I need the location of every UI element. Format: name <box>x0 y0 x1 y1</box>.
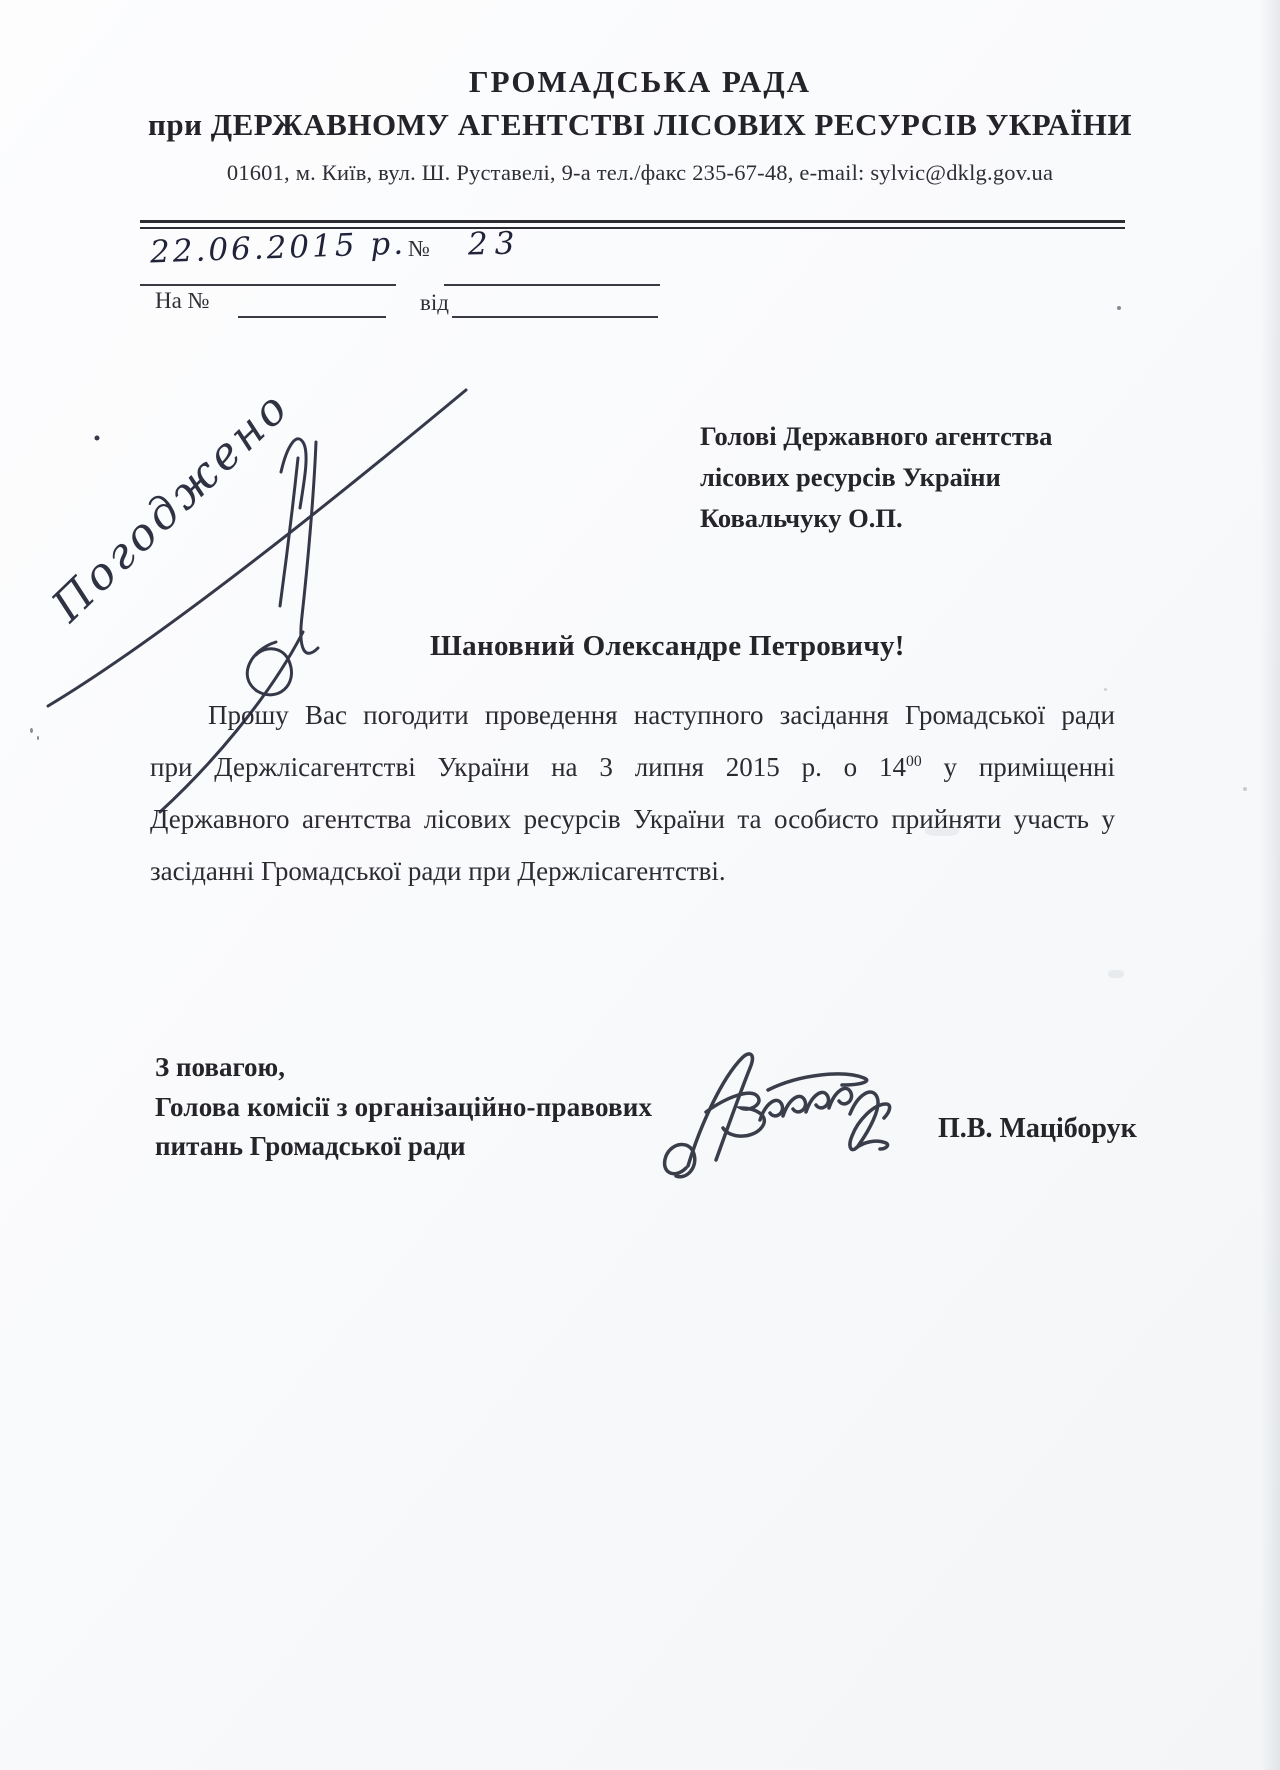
signer-name: П.В. Маціборук <box>938 1113 1137 1145</box>
reply-number-underline <box>238 316 386 318</box>
time-superscript: 00 <box>906 753 922 770</box>
salutation: Шановний Олександре Петровичу! <box>430 630 905 663</box>
org-subtitle: при ДЕРЖАВНОМУ АГЕНТСТВІ ЛІСОВИХ РЕСУРСІ… <box>0 107 1280 143</box>
handwritten-approval-note: Погоджено <box>42 380 300 631</box>
addressee-line: Ковальчуку О.П. <box>700 498 1052 539</box>
body-line-2: при Держлісагентстві України на 3 липня … <box>150 741 1115 793</box>
header-divider <box>140 220 1125 229</box>
reply-number-label: На № <box>155 288 210 314</box>
handwritten-date: 22.06.2015 р. <box>149 226 406 271</box>
org-title: ГРОМАДСЬКА РАДА <box>0 64 1280 100</box>
org-contact-line: 01601, м. Київ, вул. Ш. Руставелі, 9-а т… <box>0 160 1280 186</box>
number-underline <box>444 284 660 286</box>
scan-smudge <box>925 826 959 836</box>
scan-speck <box>37 736 39 740</box>
body-line-4: засіданні Громадської ради при Держлісаг… <box>150 845 1115 897</box>
scan-edge-shadow <box>1260 0 1280 1770</box>
scan-speck <box>1243 787 1247 791</box>
addressee-line: Голові Державного агентства <box>700 416 1052 457</box>
scan-speck <box>1117 306 1121 310</box>
main-signature-strokes <box>665 1054 890 1177</box>
body-line-3: Державного агентства лісових ресурсів Ук… <box>150 793 1115 845</box>
addressee-block: Голові Державного агентства лісових ресу… <box>700 416 1052 539</box>
addressee-line: лісових ресурсів України <box>700 457 1052 498</box>
scanned-letter-page: ГРОМАДСЬКА РАДА при ДЕРЖАВНОМУ АГЕНТСТВІ… <box>0 0 1280 1770</box>
signer-title-line1: Голова комісії з організаційно-правових <box>155 1092 652 1123</box>
handwritten-number: 23 <box>468 226 522 263</box>
date-underline <box>140 284 396 286</box>
signer-title-line2: питань Громадської ради <box>155 1131 466 1162</box>
body-paragraph: Прошу Вас погодити проведення наступного… <box>150 689 1115 897</box>
reply-date-underline <box>452 316 658 318</box>
body-line-2-cont: у приміщенні <box>944 752 1116 782</box>
body-line-2-text: при Держлісагентстві України на 3 липня … <box>150 752 906 782</box>
reply-date-label: від <box>420 290 449 316</box>
body-line-1: Прошу Вас погодити проведення наступного… <box>150 689 1115 741</box>
scan-smudge <box>1108 970 1124 978</box>
scan-speck <box>1104 688 1107 691</box>
scan-speck <box>30 728 33 733</box>
number-label: № <box>408 236 430 262</box>
closing-regards: З повагою, <box>155 1052 285 1083</box>
